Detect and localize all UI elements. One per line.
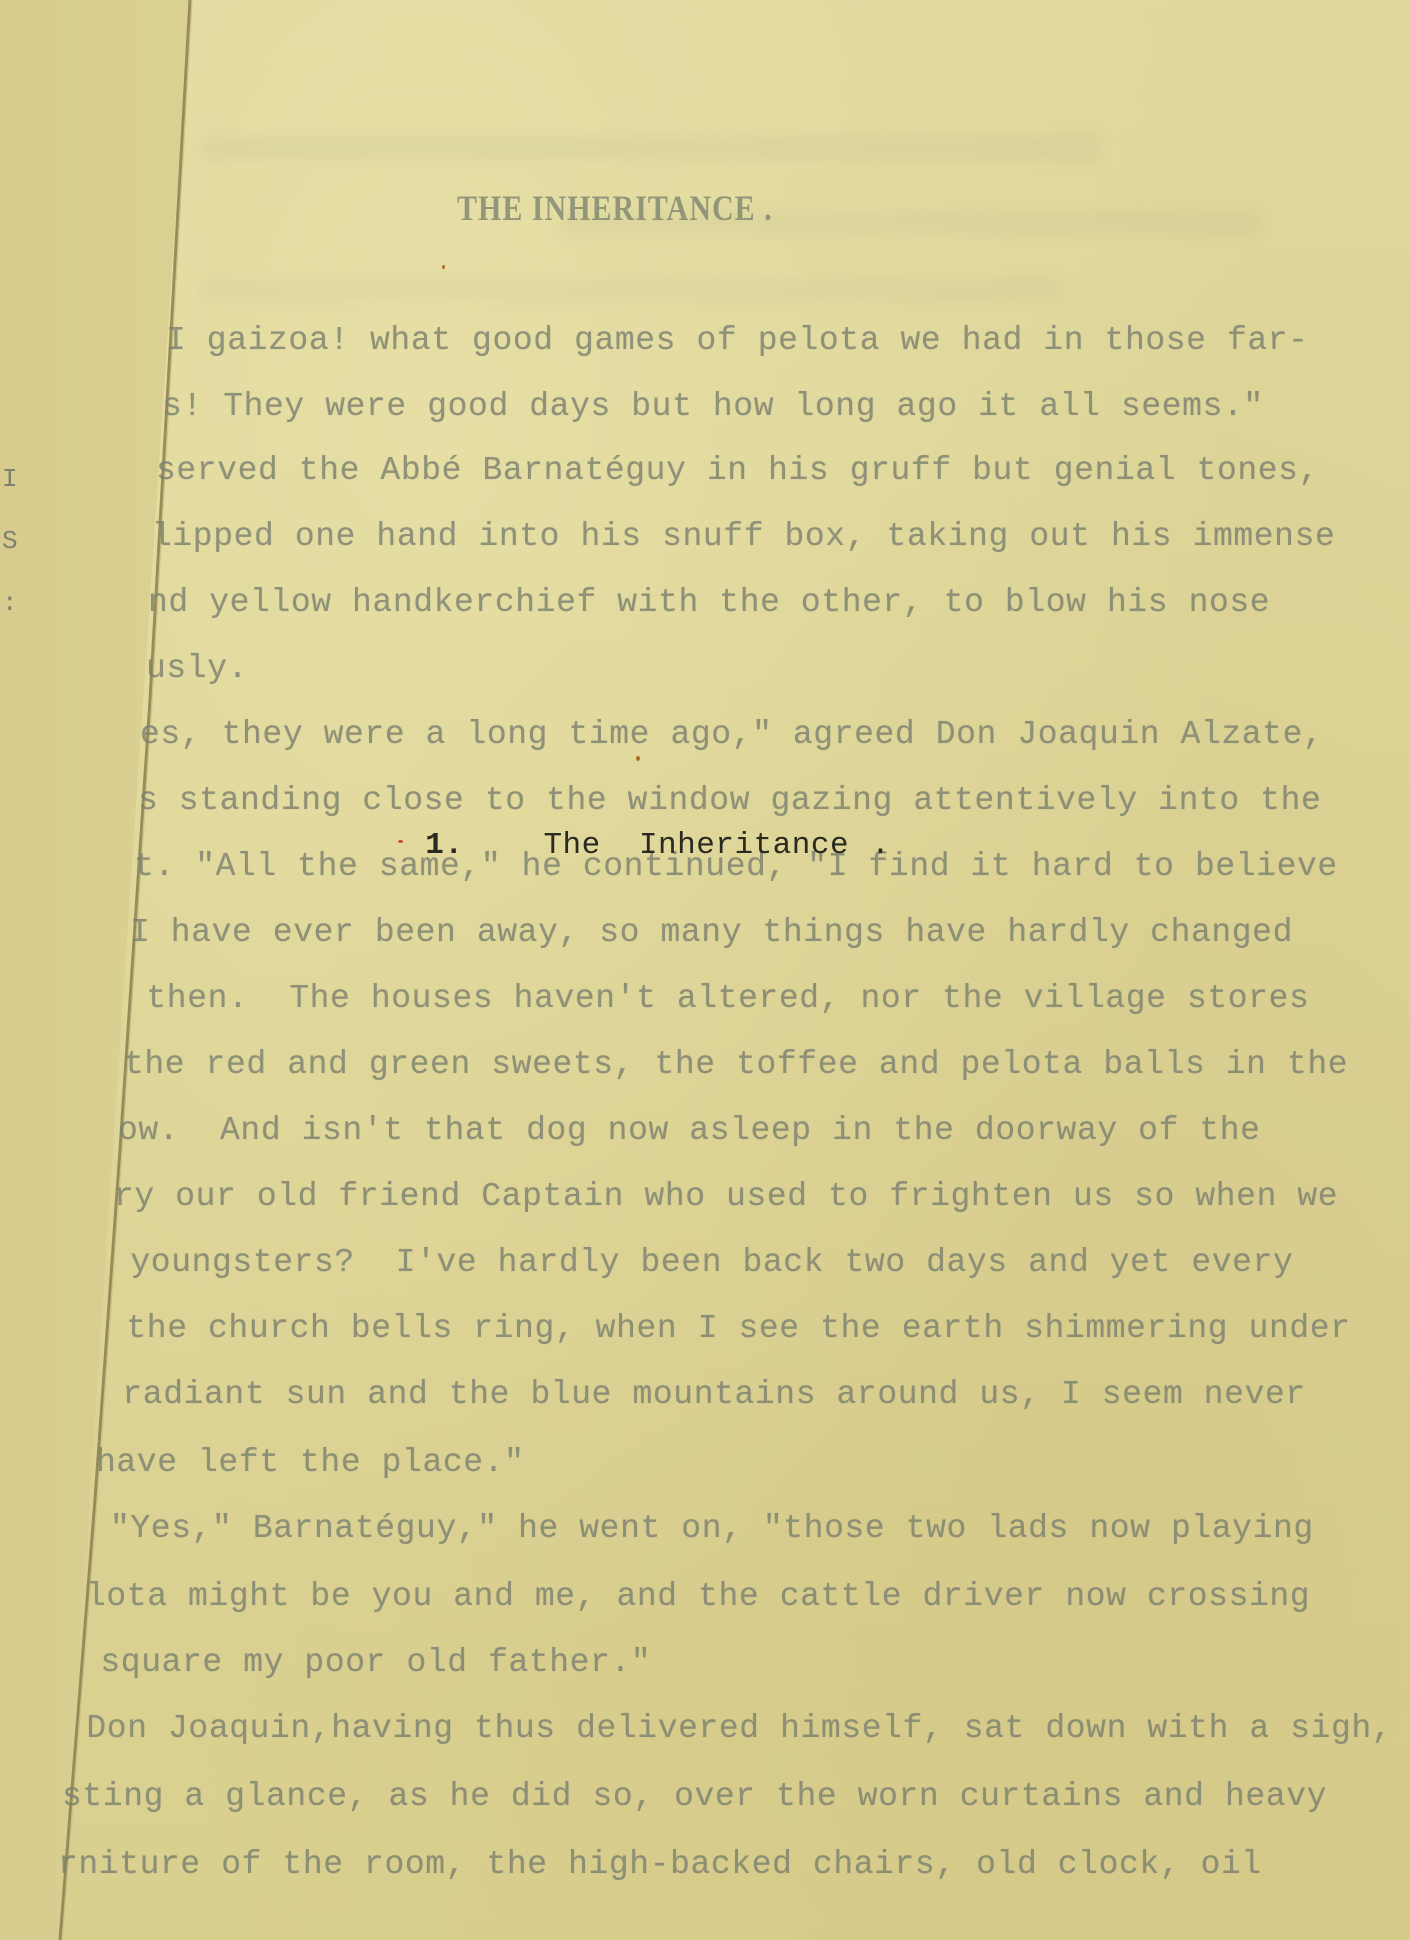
text-line: usly. bbox=[146, 650, 248, 687]
margin-mark: S bbox=[2, 510, 18, 572]
text-line: nd yellow handkerchief with the other, t… bbox=[148, 584, 1270, 621]
show-through-texture bbox=[200, 135, 1100, 161]
paper-speck bbox=[442, 265, 445, 269]
show-through-texture bbox=[200, 278, 1060, 302]
chapter-number: 1. bbox=[425, 828, 463, 863]
chapter-title-text: The Inheritance bbox=[543, 828, 849, 863]
text-line: I have ever been away, so many things ha… bbox=[130, 914, 1293, 951]
text-line: ow. And isn't that dog now asleep in the… bbox=[118, 1112, 1261, 1149]
text-line: served the Abbé Barnatéguy in his gruff … bbox=[156, 452, 1319, 489]
text-line: I gaizoa! what good games of pelota we h… bbox=[166, 322, 1309, 359]
chapter-title-period: . bbox=[871, 828, 890, 863]
text-line: rniture of the room, the high-backed cha… bbox=[58, 1846, 1262, 1883]
text-line: square my poor old father." bbox=[80, 1644, 651, 1681]
faint-page-heading: THE INHERITANCE . bbox=[457, 189, 773, 230]
text-line: lota might be you and me, and the cattle… bbox=[86, 1578, 1310, 1615]
text-line: ry our old friend Captain who used to fr… bbox=[114, 1178, 1338, 1215]
paper-speck bbox=[636, 756, 640, 761]
text-line: sting a glance, as he did so, over the w… bbox=[62, 1778, 1327, 1815]
chapter-title: 1.The Inheritance. bbox=[387, 793, 890, 863]
margin-mark: : bbox=[2, 572, 18, 634]
text-line: then. The houses haven't altered, nor th… bbox=[126, 980, 1309, 1017]
text-line: "Yes," Barnatéguy," he went on, "those t… bbox=[110, 1510, 1314, 1547]
text-line: have left the place." bbox=[96, 1444, 524, 1481]
text-line: s! They were good days but how long ago … bbox=[162, 388, 1264, 425]
text-line: youngsters? I've hardly been back two da… bbox=[110, 1244, 1293, 1281]
margin-marks: I S : bbox=[2, 448, 18, 634]
text-line: lipped one hand into his snuff box, taki… bbox=[152, 518, 1335, 555]
margin-mark: I bbox=[2, 448, 18, 510]
text-line: es, they were a long time ago," agreed D… bbox=[140, 716, 1323, 753]
text-line: the red and green sweets, the toffee and… bbox=[124, 1046, 1348, 1083]
paper-speck bbox=[398, 840, 403, 843]
text-line: radiant sun and the blue mountains aroun… bbox=[102, 1376, 1306, 1413]
text-line: Don Joaquin,having thus delivered himsel… bbox=[66, 1710, 1392, 1747]
text-line: the church bells ring, when I see the ea… bbox=[106, 1310, 1351, 1347]
